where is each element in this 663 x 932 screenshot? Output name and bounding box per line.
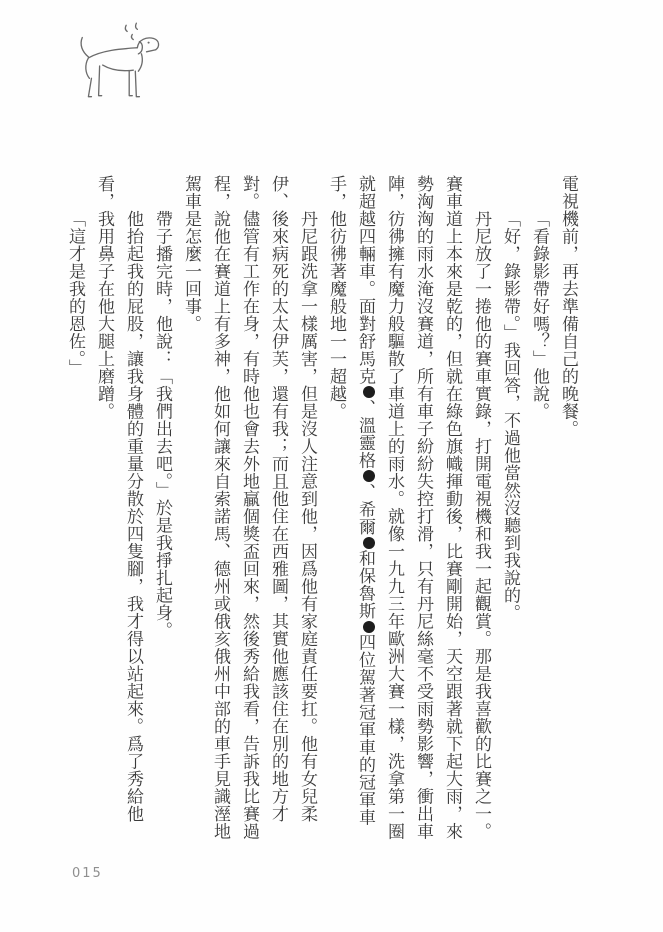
paragraph: 他抬起我的屁股，讓我身體的重量分散於四隻腳，我才得以站起來。爲了秀給他看，我用鼻…: [90, 175, 148, 847]
paragraph: 帶子播完時，他說：「我們出去吧。」於是我掙扎起身。: [148, 175, 177, 847]
paragraph-text: 電視機前，再去準備自己的晚餐。: [559, 175, 578, 438]
paragraph: 「這才是我的恩佐。」: [61, 175, 90, 847]
footnote-marker: 3: [363, 386, 375, 398]
rain-drop-icon: [125, 25, 127, 31]
dog-back-line: [88, 48, 137, 58]
footnote-marker: 4: [363, 470, 375, 482]
dog-tail-line: [81, 38, 88, 57]
paragraph: 「好，錄影帶。」我回答，不過他當然沒聽到我說的。: [496, 175, 525, 847]
dog-front-leg: [129, 71, 132, 95]
paragraph-text: 、溫靈格: [356, 399, 375, 469]
paragraph-text: 他抬起我的屁股，讓我身體的重量分散於四隻腳，我才得以站起來。爲了秀給他看，我用鼻…: [95, 175, 143, 823]
paragraph-text: 「看錄影帶好嗎？」他說。: [530, 210, 549, 420]
paragraph: 丹尼放了一捲他的賽車實錄，打開電視機和我一起觀賞。那是我喜歡的比賽之一。賽車道上…: [322, 175, 496, 847]
dog-belly-line: [103, 65, 134, 71]
body-text: 電視機前，再去準備自己的晚餐。「看錄影帶好嗎？」他說。「好，錄影帶。」我回答，不…: [61, 175, 583, 847]
paragraph-text: 「這才是我的恩佐。」: [66, 210, 85, 377]
paragraph: 電視機前，再去準備自己的晚餐。: [554, 175, 583, 847]
paragraph-text: 丹尼跟洗拿一樣厲害，但是沒人注意到他，因爲他有家庭責任要扛。他有女兒柔伊、後來病…: [182, 175, 317, 840]
dog-illustration-icon: [68, 20, 170, 104]
paragraph-text: 帶子播完時，他說：「我們出去吧。」於是我掙扎起身。: [153, 210, 172, 639]
dog-eye: [148, 42, 150, 44]
rain-drop-icon: [131, 34, 133, 39]
dog-front-leg: [135, 71, 139, 97]
page-number: 015: [72, 866, 103, 881]
dog-head-line: [137, 38, 158, 50]
dog-mouth-line: [147, 50, 156, 52]
paragraph-text: 「好，錄影帶。」我回答，不過他當然沒聽到我說的。: [501, 210, 520, 622]
paragraph-text: 丹尼放了一捲他的賽車實錄，打開電視機和我一起觀賞。那是我喜歡的比賽之一。賽車道上…: [356, 175, 491, 840]
dog-hind-leg: [88, 78, 91, 96]
book-page: 電視機前，再去準備自己的晚餐。「看錄影帶好嗎？」他說。「好，錄影帶。」我回答，不…: [0, 0, 663, 932]
paragraph-text: 和保魯斯: [356, 550, 375, 620]
footnote-marker: 5: [363, 537, 375, 549]
rain-drop-icon: [136, 23, 138, 29]
paragraph: 丹尼跟洗拿一樣厲害，但是沒人注意到他，因爲他有家庭責任要扛。他有女兒柔伊、後來病…: [177, 175, 322, 847]
dog-haunch-line: [86, 58, 90, 78]
paragraph: 「看錄影帶好嗎？」他說。: [525, 175, 554, 847]
dog-chest-line: [138, 54, 142, 71]
paragraph-text: 、希爾: [356, 483, 375, 536]
dog-hind-leg: [99, 66, 102, 96]
footnote-marker: 6: [363, 621, 375, 633]
